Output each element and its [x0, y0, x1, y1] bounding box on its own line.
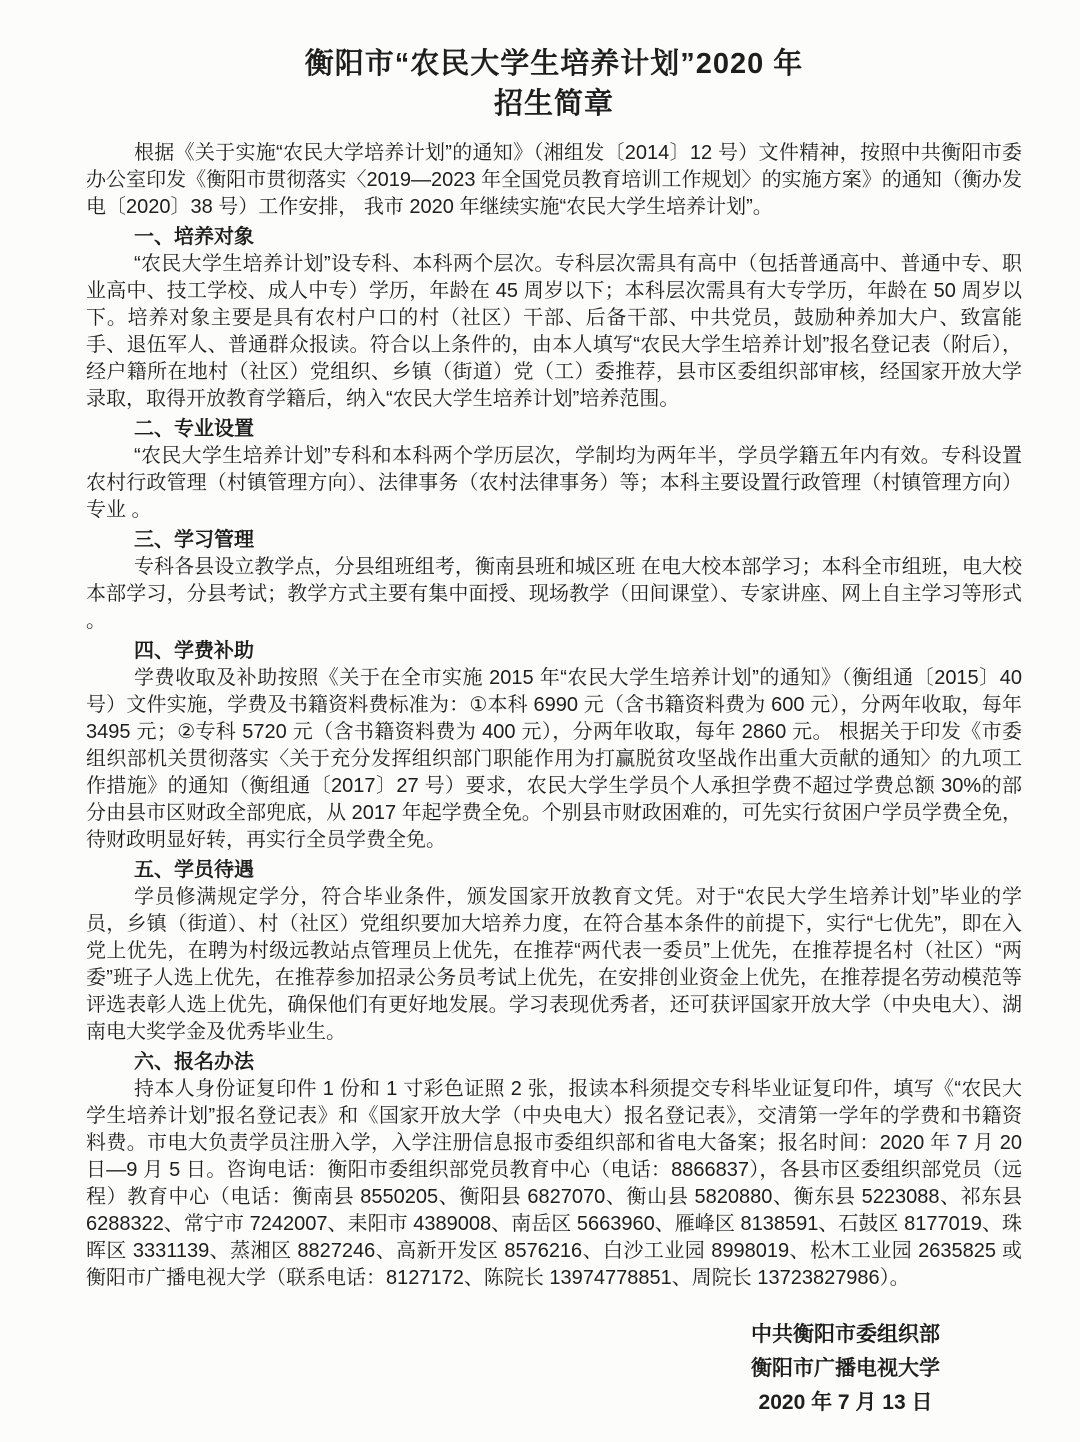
section-body-registration: 持本人身份证复印件 1 份和 1 寸彩色证照 2 张，报读本科须提交专科毕业证复…: [86, 1076, 1022, 1292]
section-heading-student-benefits: 五、学员待遇: [86, 857, 1022, 884]
section-heading-tuition-subsidy: 四、学费补助: [86, 638, 1022, 665]
section-heading-majors: 二、专业设置: [86, 416, 1022, 443]
title-line-2: 招生简章: [86, 84, 1022, 124]
section-heading-training-targets: 一、培养对象: [86, 224, 1022, 251]
section-heading-study-management: 三、学习管理: [86, 527, 1022, 554]
document-page: 衡阳市“农民大学生培养计划”2020 年 招生简章 根据《关于实施“农民大学培养…: [0, 0, 1080, 1442]
section-body-majors: “农民大学生培养计划”专科和本科两个学历层次，学制均为两年半，学员学籍五年内有效…: [86, 443, 1022, 524]
signature-inner: 中共衡阳市委组织部 衡阳市广播电视大学 2020 年 7 月 13 日: [751, 1318, 940, 1420]
document-body: 根据《关于实施“农民大学培养计划”的通知》（湘组发〔2014〕12 号）文件精神…: [86, 140, 1022, 1292]
intro-paragraph: 根据《关于实施“农民大学培养计划”的通知》（湘组发〔2014〕12 号）文件精神…: [86, 140, 1022, 221]
signature-date: 2020 年 7 月 13 日: [751, 1386, 940, 1420]
section-body-tuition-subsidy: 学费收取及补助按照《关于在全市实施 2015 年“农民大学生培养计划”的通知》（…: [86, 665, 1022, 854]
signature-block: 中共衡阳市委组织部 衡阳市广播电视大学 2020 年 7 月 13 日: [86, 1318, 1022, 1420]
section-body-student-benefits: 学员修满规定学分，符合毕业条件，颁发国家开放教育文凭。对于“农民大学生培养计划”…: [86, 884, 1022, 1046]
signature-org-2: 衡阳市广播电视大学: [751, 1352, 940, 1386]
section-body-study-management: 专科各县设立教学点，分县组班组考，衡南县班和城区班 在电大校本部学习；本科全市组…: [86, 554, 1022, 635]
document-title: 衡阳市“农民大学生培养计划”2020 年 招生简章: [86, 44, 1022, 124]
section-heading-registration: 六、报名办法: [86, 1049, 1022, 1076]
section-body-training-targets: “农民大学生培养计划”设专科、本科两个层次。专科层次需具有高中（包括普通高中、普…: [86, 251, 1022, 413]
signature-org-1: 中共衡阳市委组织部: [751, 1318, 940, 1352]
title-line-1: 衡阳市“农民大学生培养计划”2020 年: [86, 44, 1022, 84]
